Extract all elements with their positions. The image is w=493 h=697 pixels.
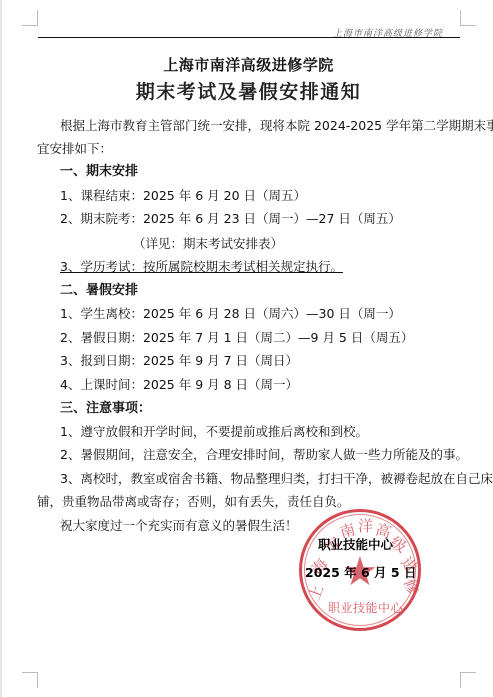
list-item-note: （详见：期末考试安排表）	[133, 236, 283, 252]
intro-paragraph-line: 宜安排如下：	[37, 141, 112, 157]
list-item: 1、学生离校：2025 年 6 月 28 日（周六）—30 日（周一）	[60, 306, 401, 322]
list-item-continuation: 铺，贵重物品带离或寄存；否则，如有丢失，责任自负。	[37, 494, 350, 510]
intro-paragraph-line: 根据上海市教育主管部门统一安排，现将本院 2024-2025 学年第二学期期末事	[60, 118, 493, 134]
notice-title: 期末考试及暑假安排通知	[2, 77, 493, 104]
margin-corner-mark	[22, 10, 38, 26]
signature-date: 2025 年 6 月 5 日	[305, 563, 416, 581]
document-page: 上海市南洋高级进修学院 上海市南洋高级进修学院 期末考试及暑假安排通知 根据上海…	[0, 0, 493, 697]
list-item: 2、期末院考：2025 年 6 月 23 日（周一）—27 日（周五）	[60, 211, 401, 227]
section-heading: 二、暑假安排	[60, 283, 138, 299]
header-rule	[38, 37, 460, 38]
list-item: 4、上课时间：2025 年 9 月 8 日（周一）	[60, 377, 298, 393]
signature-department: 职业技能中心	[318, 535, 393, 553]
list-item: 1、课程结束：2025 年 6 月 20 日（周五）	[60, 188, 306, 204]
section-heading: 三、注意事项：	[60, 401, 151, 417]
list-item: 3、学历考试：按所属院校期末考试相关规定执行。	[60, 259, 343, 275]
list-item: 2、暑假日期：2025 年 7 月 1 日（周二）—9 月 5 日（周五）	[60, 330, 413, 346]
seal-arc-char: 洋	[358, 515, 373, 536]
org-title: 上海市南洋高级进修学院	[2, 54, 493, 75]
section-heading: 一、期末安排	[60, 164, 138, 180]
list-item: 3、离校时，教室或宿舍书籍、物品整理归类，打扫干净，被褥卷起放在自己床	[60, 471, 493, 487]
list-item: 3、报到日期：2025 年 9 月 7 日（周日）	[60, 353, 298, 369]
closing-remark: 祝大家度过一个充实而有意义的暑假生活！	[60, 518, 298, 534]
margin-corner-mark	[22, 672, 38, 688]
seal-bottom-text: 职业技能中心	[328, 599, 403, 616]
margin-corner-mark	[460, 672, 476, 688]
margin-corner-mark	[460, 10, 476, 26]
list-item: 2、暑假期间，注意安全，合理安排时间，帮助家人做一些力所能及的事。	[60, 447, 468, 463]
list-item: 1、遵守放假和开学时间，不要提前或推后离校和到校。	[60, 424, 368, 440]
